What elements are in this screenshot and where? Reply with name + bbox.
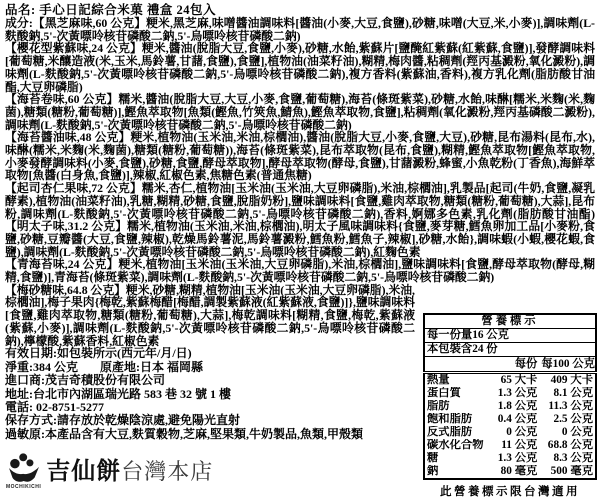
nutrition-row-protein: 蛋白質1.3 公克8.1 公克 <box>424 387 596 400</box>
nutrition-row-fat: 脂肪1.8 公克11.3 公克 <box>424 400 596 413</box>
row-per-100g: 2.5 公克 <box>539 413 596 426</box>
row-per-serving: 11 公克 <box>487 439 540 452</box>
nutrition-row-sodium: 鈉80 毫克500 毫克 <box>424 465 596 479</box>
row-name: 脂肪 <box>424 400 487 413</box>
brand-logo: MOCHIKICHI 吉仙餅 台灣本店 <box>6 453 213 490</box>
expiry-line: 有效日期:如包裝所示(西元年/月/日) <box>5 347 415 360</box>
storage-line: 保存方式:請存放於乾燥陰涼處,避免陽光直射 <box>5 414 415 427</box>
col-spacer <box>424 357 487 373</box>
nutrition-row-saturated-fat: 飽和脂肪0.4 公克2.5 公克 <box>424 413 596 426</box>
flavor-aonori: 【青海苔味,24 公克】粳米,植物油[玉米油(玉米油,大豆卵磷脂),米油,棕櫚油… <box>5 258 595 283</box>
nutrition-row-sugar: 糖1.3 公克8.3 公克 <box>424 452 596 465</box>
row-name: 蛋白質 <box>424 387 487 400</box>
nutrition-table: 營養標示 每一份量16 公克 本包裝含24 份 每份每100 公克 熱量65 大… <box>423 313 597 480</box>
row-per-100g: 11.3 公克 <box>539 400 596 413</box>
flavor-black-sesame: 【黑芝麻味,60 公克】粳米,黑芝麻,味噌醬油調味料[醬油(小麥,大豆,食鹽),… <box>5 16 595 43</box>
row-per-100g: 8.3 公克 <box>539 452 596 465</box>
brand-name-light: 台灣本店 <box>121 457 213 487</box>
row-per-100g: 0 公克 <box>539 426 596 439</box>
nutrition-row-trans-fat: 反式脂肪0 公克0 公克 <box>424 426 596 439</box>
row-per-serving: 1.3 公克 <box>487 387 540 400</box>
product-name-label: 品名: <box>5 3 36 17</box>
nutrition-row-calories: 熱量65 大卡409 大卡 <box>424 373 596 388</box>
row-name: 反式脂肪 <box>424 426 487 439</box>
row-per-100g: 500 毫克 <box>539 465 596 479</box>
row-per-serving: 0 公克 <box>487 426 540 439</box>
address-line: 地址:台北市內湖區瑞光路 583 巷 32 號 1 樓 <box>5 388 415 401</box>
mochikichi-logo-icon <box>8 453 40 483</box>
row-name: 鈉 <box>424 465 487 479</box>
servings-per-pack: 本包裝含24 份 <box>424 343 596 357</box>
row-per-100g: 68.8 公克 <box>539 439 596 452</box>
importer-line: 進口商:茂吉奇積股份有限公司 <box>5 374 415 387</box>
serving-size: 每一份量16 公克 <box>424 329 596 343</box>
product-name-line: 品名: 手心日記綜合米菓 禮盒 24包入 <box>5 3 595 17</box>
row-per-serving: 65 大卡 <box>487 373 540 388</box>
nutrition-facts-panel: 營養標示 每一份量16 公克 本包裝含24 份 每份每100 公克 熱量65 大… <box>423 313 597 498</box>
row-per-serving: 80 毫克 <box>487 465 540 479</box>
flavor-cheese-almond-mentaiko: 【起司杏仁果味,72 公克】糯米,杏仁,植物油[玉米油(玉米油,大豆卵磷脂),米… <box>5 182 595 258</box>
brand-name-bold: 吉仙餅 <box>46 457 121 487</box>
col-header-per-serving: 每份 <box>487 357 540 373</box>
row-name: 熱量 <box>424 373 487 388</box>
flavor-sakura-shiso: 【櫻花型紫蘇味,24 公克】粳米,醬油(脫脂大豆,食鹽,小麥),砂糖,水飴,紫蘇… <box>5 42 595 93</box>
flavor-plum-sugar: 【梅砂糖味,64.8 公克】粳米,砂糖,糊精,植物油[玉米油(玉米油,大豆卵磷脂… <box>5 284 415 348</box>
nutrition-title: 營養標示 <box>424 314 596 329</box>
ingredients-block: 成分:【黑芝麻味,60 公克】粳米,黑芝麻,味噌醬油調味料[醬油(小麥,大豆,食… <box>5 17 595 284</box>
row-per-serving: 1.8 公克 <box>487 400 540 413</box>
row-name: 飽和脂肪 <box>424 413 487 426</box>
row-per-serving: 1.3 公克 <box>487 452 540 465</box>
brand-mark: MOCHIKICHI <box>6 453 41 490</box>
row-name: 糖 <box>424 452 487 465</box>
row-name: 碳水化合物 <box>424 439 487 452</box>
ingredient-paragraph: 成分:【黑芝麻味,60 公克】粳米,黑芝麻,味噌醬油調味料[醬油(小麥,大豆,食… <box>5 17 595 42</box>
nutrition-taiwan-note: 此營養標示限台灣適用 <box>423 483 597 498</box>
flavor-nori-soy: 【海苔醬油味,48 公克】粳米,植物油(玉米油,米油,棕櫚油),醬油(脫脂大豆,… <box>5 131 595 182</box>
row-per-100g: 409 大卡 <box>539 373 596 388</box>
row-per-100g: 8.1 公克 <box>539 387 596 400</box>
product-label-page: 品名: 手心日記綜合米菓 禮盒 24包入 成分:【黑芝麻味,60 公克】粳米,黑… <box>0 0 600 498</box>
brand-romanized: MOCHIKICHI <box>6 484 41 490</box>
product-name: 手心日記綜合米菓 禮盒 24包入 <box>39 3 216 17</box>
row-per-serving: 0.4 公克 <box>487 413 540 426</box>
allergen-line: 過敏原:本產品含有大豆,麩質穀物,芝麻,堅果類,牛奶製品,魚類,甲殼類 <box>5 428 415 441</box>
wrapped-text-block: 【梅砂糖味,64.8 公克】粳米,砂糖,糊精,植物油[玉米油(玉米油,大豆卵磷脂… <box>5 284 415 441</box>
col-header-per-100g: 每100 公克 <box>539 357 596 373</box>
nutrition-row-carbohydrate: 碳水化合物11 公克68.8 公克 <box>424 439 596 452</box>
flavor-nori-roll: 【海苔卷味,60 公克】糯米,醬油(脫脂大豆,大豆,小麥,食鹽,葡萄糖),海苔(… <box>5 93 595 131</box>
